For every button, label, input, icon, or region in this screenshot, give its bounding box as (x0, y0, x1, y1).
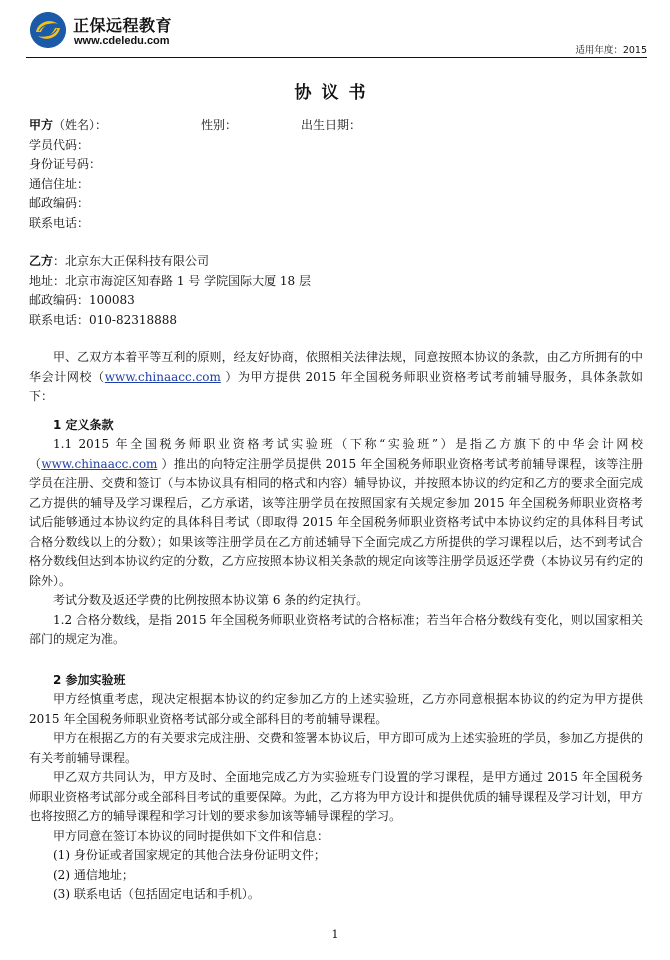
section-2-p4: 甲方同意在签订本协议的同时提供如下文件和信息： (29, 827, 643, 847)
section-1-ratio-paragraph: 考试分数及返还学费的比例按照本协议第 6 条的约定执行。 (29, 591, 643, 611)
document-header: 正保远程教育 www.cdeledu.com 适用年度：2015 (0, 0, 670, 58)
party-a-field-student-code: 学员代码： (29, 136, 643, 156)
party-a-header-row: 甲方（姓名）： 性别： 出生日期： (29, 116, 643, 136)
party-a-name-label: （姓名）： (53, 118, 107, 132)
list-item: (1) 身份证或者国家规定的其他合法身份证明文件； (29, 846, 643, 866)
party-a-field-phone: 联系电话： (29, 214, 643, 234)
section-1-1-text-end: ）推出的向特定注册学员提供 2015 年全国税务师职业资格考试考前辅导课程，该等… (29, 457, 643, 588)
party-b-phone: 联系电话：010-82318888 (29, 311, 643, 331)
intro-paragraph: 甲、乙双方本着平等互利的原则，经友好协商，依照相关法律法规，同意按照本协议的条款… (29, 348, 643, 407)
applicable-year: 适用年度：2015 (575, 42, 647, 56)
section-1-1-paragraph: 1.1 2015 年全国税务师职业资格考试实验班（下称“实验班”）是指乙方旗下的… (29, 435, 643, 591)
party-a-birth-label: 出生日期： (301, 116, 361, 136)
party-a-field-id-number: 身份证号码： (29, 155, 643, 175)
party-a-gender-label: 性别： (201, 116, 237, 136)
section-2-heading: 2 参加实验班 (29, 671, 643, 691)
party-b-name: ：北京东大正保科技有限公司 (53, 254, 209, 268)
page-number: 1 (0, 928, 670, 941)
page-title: 协议书 (0, 78, 670, 103)
party-b-name-row: 乙方：北京东大正保科技有限公司 (29, 252, 643, 272)
party-b-address: 地址：北京市海淀区知春路 1 号 学院国际大厦 18 层 (29, 272, 643, 292)
list-item: (2) 通信地址； (29, 866, 643, 886)
section-2-p2: 甲方在根据乙方的有关要求完成注册、交费和签署本协议后，甲方即可成为上述实验班的学… (29, 729, 643, 768)
section-1-2-paragraph: 1.2 合格分数线，是指 2015 年全国税务师职业资格考试的合格标准；若当年合… (29, 611, 643, 650)
section-1-heading: 1 定义条款 (29, 416, 643, 436)
brand-name: 正保远程教育 (73, 13, 172, 36)
list-item: (3) 联系电话（包括固定电话和手机）。 (29, 885, 643, 905)
party-a-field-postcode: 邮政编码： (29, 194, 643, 214)
agreement-body: 甲方（姓名）： 性别： 出生日期： 学员代码： 身份证号码： 通信住址： 邮政编… (29, 116, 643, 905)
party-a-label: 甲方 (29, 118, 53, 132)
party-b-label: 乙方 (29, 254, 53, 268)
brand-url: www.cdeledu.com (74, 35, 170, 47)
party-a-field-address: 通信住址： (29, 175, 643, 195)
chinaacc-link[interactable]: www.chinaacc.com (105, 370, 221, 384)
section-2-p1: 甲方经慎重考虑，现决定根据本协议的约定参加乙方的上述实验班，乙方亦同意根据本协议… (29, 690, 643, 729)
zhengbao-logo-icon (30, 12, 66, 48)
swirl-icon (30, 12, 66, 48)
section-2-p3: 甲乙双方共同认为，甲方及时、全面地完成乙方为实验班专门设置的学习课程，是甲方通过… (29, 768, 643, 827)
chinaacc-link-2[interactable]: www.chinaacc.com (41, 457, 157, 471)
header-divider (26, 57, 647, 58)
party-b-postcode: 邮政编码：100083 (29, 291, 643, 311)
